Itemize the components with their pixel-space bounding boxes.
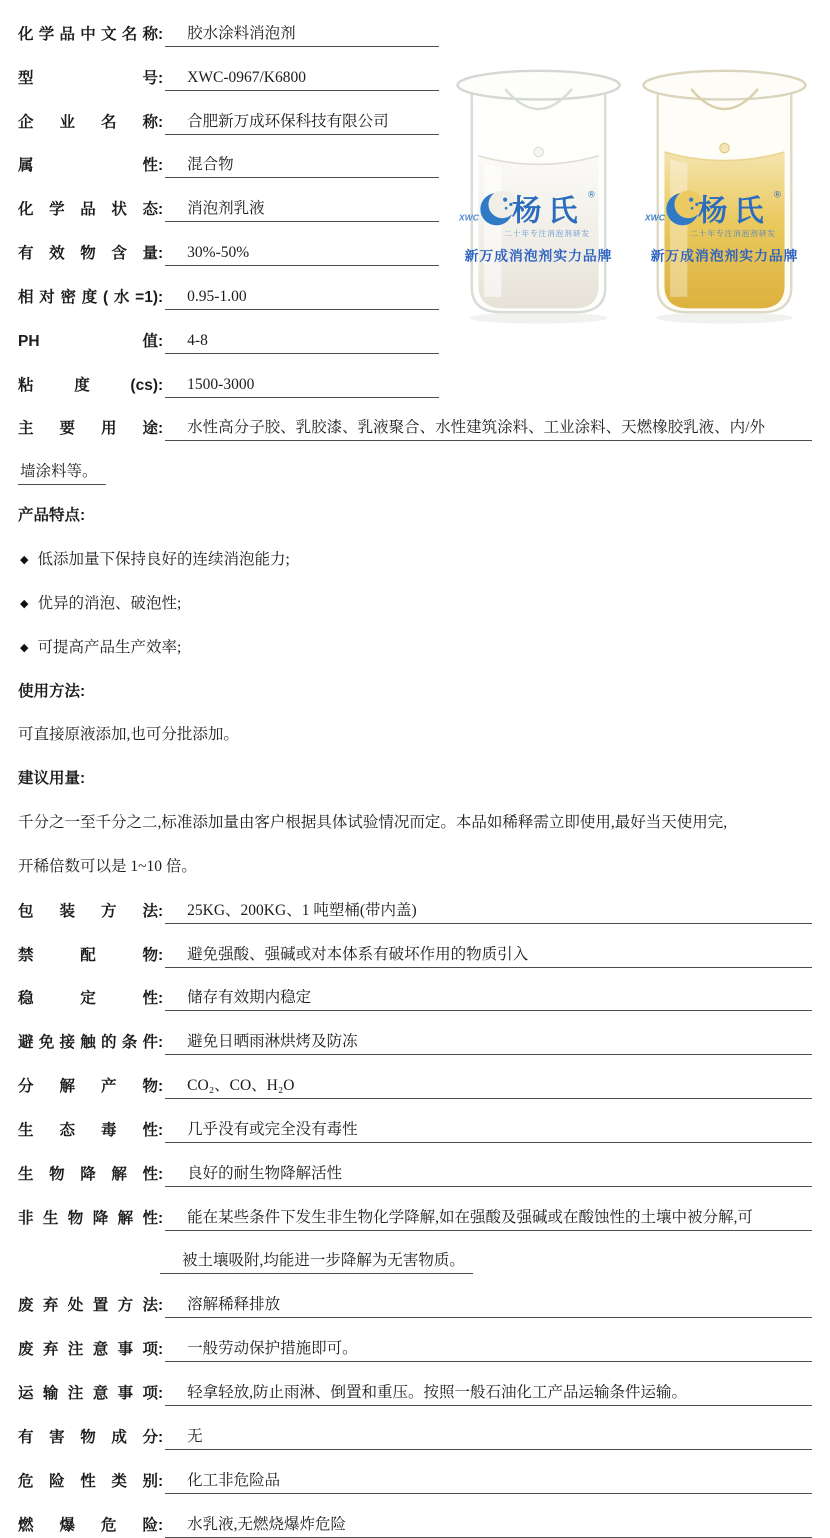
- feature-text: 优异的消泡、破泡性;: [37, 591, 181, 617]
- logo-dot: [691, 207, 694, 210]
- beaker-shadow: [656, 312, 793, 323]
- beaker-white: XWC 杨氏 ® 二十年专注消泡剂研发 新万成消泡剂实力品牌: [446, 50, 632, 334]
- product-spec-document: XWC 杨氏 ® 二十年专注消泡剂研发 新万成消泡剂实力品牌: [0, 0, 830, 1538]
- field-value: 胶水涂料消泡剂: [165, 21, 439, 47]
- field-row-hazard-class: 危险性类别: 化工非危险品: [18, 1450, 812, 1494]
- field-label: 化学品状态: [18, 197, 158, 222]
- field-label: 生物降解性: [18, 1162, 158, 1187]
- field-value: 能在某些条件下发生非生物化学降解,如在强酸及强碱或在酸蚀性的土壤中被分解,可: [165, 1205, 812, 1231]
- field-label: 主要用途: [18, 416, 158, 441]
- field-value: 储存有效期内稳定: [165, 985, 812, 1011]
- usage-text: 可直接原液添加,也可分批添加。: [18, 722, 239, 748]
- field-value: 一般劳动保护措施即可。: [165, 1336, 812, 1362]
- field-row-non-biodegradability: 非生物降解性: 能在某些条件下发生非生物化学降解,如在强酸及强碱或在酸蚀性的土壤…: [18, 1187, 812, 1231]
- label-colon: :: [158, 114, 165, 135]
- logo-dot: [503, 198, 507, 202]
- field-label: 燃爆危险: [18, 1513, 158, 1538]
- beaker-yellow: XWC 杨氏 ® 二十年专注消泡剂研发 新万成消泡剂实力品牌: [632, 50, 818, 334]
- label-colon: :: [158, 1341, 165, 1362]
- field-value: 良好的耐生物降解活性: [165, 1161, 812, 1187]
- field-label: 包装方法: [18, 899, 158, 924]
- label-colon: :: [158, 420, 165, 441]
- field-value-continuation: 被土壤吸附,均能进一步降解为无害物质。: [160, 1248, 473, 1274]
- dosage-text-line1: 千分之一至千分之二,标准添加量由客户根据具体试验情况而定。本品如稀释需立即使用,…: [18, 810, 727, 836]
- field-label: 分解产物: [18, 1074, 158, 1099]
- label-colon: :: [158, 333, 165, 354]
- label-colon: :: [158, 1122, 165, 1143]
- diamond-bullet-icon: ◆: [18, 553, 37, 573]
- field-row-disposal-precautions: 废弃注意事项: 一般劳动保护措施即可。: [18, 1318, 812, 1362]
- spout-drip: [720, 143, 730, 153]
- registered-mark: ®: [587, 191, 596, 201]
- field-value: CO₂、CO、H₂O: [165, 1073, 812, 1099]
- section-heading: 产品特点:: [18, 503, 85, 529]
- brand-tagline: 二十年专注消泡剂研发: [690, 228, 776, 238]
- glass-highlight: [670, 160, 687, 297]
- field-value: 水性高分子胶、乳胶漆、乳液聚合、水性建筑涂料、工业涂料、天燃橡胶乳液、内/外: [165, 415, 812, 441]
- field-value: XWC-0967/K6800: [165, 69, 439, 91]
- field-label: 有害物成分: [18, 1425, 158, 1450]
- field-label: 相对密度(水=1): [18, 285, 158, 310]
- field-label: 运输注意事项: [18, 1381, 158, 1406]
- field-label: 危险性类别: [18, 1469, 158, 1494]
- field-value: 无: [165, 1424, 812, 1450]
- diamond-bullet-icon: ◆: [18, 597, 37, 617]
- dosage-heading-row: 建议用量:: [18, 748, 812, 792]
- field-value: 避免日晒雨淋烘烤及防冻: [165, 1029, 812, 1055]
- label-colon: :: [158, 1078, 165, 1099]
- field-value: 消泡剂乳液: [165, 196, 439, 222]
- section-heading: 使用方法:: [18, 679, 85, 705]
- dosage-text-row: 开稀倍数可以是 1~10 倍。: [18, 836, 812, 880]
- label-colon: :: [158, 1473, 165, 1494]
- diamond-bullet-icon: ◆: [18, 641, 37, 661]
- brand-banner: 新万成消泡剂实力品牌: [651, 248, 799, 265]
- logo-dot: [505, 207, 508, 210]
- feature-item: ◆ 低添加量下保持良好的连续消泡能力;: [18, 529, 812, 573]
- field-value: 4-8: [165, 332, 439, 354]
- label-colon: :: [158, 1210, 165, 1231]
- label-colon: :: [158, 1297, 165, 1318]
- field-label: 废弃注意事项: [18, 1337, 158, 1362]
- beaker-rim: [457, 71, 619, 100]
- label-colon: :: [158, 1517, 165, 1538]
- field-label: 非生物降解性: [18, 1206, 158, 1231]
- feature-item: ◆ 优异的消泡、破泡性;: [18, 573, 812, 617]
- field-value: 0.95-1.00: [165, 288, 439, 310]
- field-row-harmful-ingredients: 有害物成分: 无: [18, 1406, 812, 1450]
- field-row-main-use-cont: 墙涂料等。: [18, 441, 812, 485]
- field-value: 水乳液,无燃烧爆炸危险: [165, 1512, 812, 1538]
- field-value: 合肥新万成环保科技有限公司: [165, 109, 439, 135]
- features-heading-row: 产品特点:: [18, 485, 812, 529]
- field-row-packing: 包装方法: 25KG、200KG、1 吨塑桶(带内盖): [18, 880, 812, 924]
- field-row-chemical-name: 化学品中文名称: 胶水涂料消泡剂: [18, 3, 812, 47]
- label-colon: :: [158, 245, 165, 266]
- usage-text-row: 可直接原液添加,也可分批添加。: [18, 705, 812, 749]
- field-row-main-use: 主要用途: 水性高分子胶、乳胶漆、乳液聚合、水性建筑涂料、工业涂料、天燃橡胶乳液…: [18, 398, 812, 442]
- field-label: PH值: [18, 329, 158, 354]
- field-label: 粘度(cs): [18, 373, 158, 398]
- spout-drip: [534, 147, 544, 157]
- logo-xwc-text: XWC: [644, 213, 666, 223]
- field-value: 25KG、200KG、1 吨塑桶(带内盖): [165, 898, 812, 924]
- field-label: 废弃处置方法: [18, 1293, 158, 1318]
- label-colon: :: [158, 157, 165, 178]
- field-value: 几乎没有或完全没有毒性: [165, 1117, 812, 1143]
- label-colon: :: [158, 26, 165, 47]
- field-row-decomposition-products: 分解产物: CO₂、CO、H₂O: [18, 1055, 812, 1099]
- label-colon: :: [158, 947, 165, 968]
- field-label: 企业名称: [18, 110, 158, 135]
- logo-dot: [689, 198, 693, 202]
- field-row-incompatibles: 禁配物: 避免强酸、强碱或对本体系有破坏作用的物质引入: [18, 924, 812, 968]
- label-colon: :: [158, 201, 165, 222]
- product-photo: XWC 杨氏 ® 二十年专注消泡剂研发 新万成消泡剂实力品牌: [446, 50, 818, 334]
- field-label: 禁配物: [18, 943, 158, 968]
- field-label: 稳定性: [18, 986, 158, 1011]
- brand-name: 杨氏: [512, 194, 584, 228]
- field-row-viscosity: 粘度(cs): 1500-3000: [18, 354, 812, 398]
- dosage-text-row: 千分之一至千分之二,标准添加量由客户根据具体试验情况而定。本品如稀释需立即使用,…: [18, 792, 812, 836]
- field-value: 30%-50%: [165, 244, 439, 266]
- label-colon: :: [158, 1166, 165, 1187]
- label-colon: :: [158, 990, 165, 1011]
- feature-text: 可提高产品生产效率;: [37, 635, 181, 661]
- field-label: 有效物含量: [18, 241, 158, 266]
- label-colon: :: [158, 1429, 165, 1450]
- beaker-rim: [643, 71, 805, 100]
- label-colon: :: [158, 289, 165, 310]
- brand-name: 杨氏: [698, 194, 770, 228]
- field-row-conditions-to-avoid: 避免接触的条件: 避免日晒雨淋烘烤及防冻: [18, 1011, 812, 1055]
- field-row-explosion-hazard: 燃爆危险: 水乳液,无燃烧爆炸危险: [18, 1494, 812, 1538]
- feature-item: ◆ 可提高产品生产效率;: [18, 617, 812, 661]
- field-value: 混合物: [165, 152, 439, 178]
- field-label: 避免接触的条件: [18, 1030, 158, 1055]
- dosage-text-line2: 开稀倍数可以是 1~10 倍。: [18, 854, 197, 880]
- field-label: 生态毒性: [18, 1118, 158, 1143]
- field-value: 溶解稀释排放: [165, 1292, 812, 1318]
- field-row-biodegradability: 生物降解性: 良好的耐生物降解活性: [18, 1143, 812, 1187]
- brand-banner: 新万成消泡剂实力品牌: [465, 248, 613, 265]
- field-label: 化学品中文名称: [18, 22, 158, 47]
- field-row-ecotoxicity: 生态毒性: 几乎没有或完全没有毒性: [18, 1099, 812, 1143]
- label-colon: :: [158, 70, 165, 91]
- glass-highlight: [484, 163, 501, 297]
- field-value: 轻拿轻放,防止雨淋、倒置和重压。按照一般石油化工产品运输条件运输。: [165, 1380, 812, 1406]
- field-row-non-biodegradability-cont: 被土壤吸附,均能进一步降解为无害物质。: [18, 1231, 812, 1275]
- brand-tagline: 二十年专注消泡剂研发: [504, 228, 590, 238]
- field-row-transport-precautions: 运输注意事项: 轻拿轻放,防止雨淋、倒置和重压。按照一般石油化工产品运输条件运输…: [18, 1362, 812, 1406]
- label-colon: :: [158, 903, 165, 924]
- usage-heading-row: 使用方法:: [18, 661, 812, 705]
- field-row-stability: 稳定性: 储存有效期内稳定: [18, 968, 812, 1012]
- field-label: 型号: [18, 66, 158, 91]
- field-value: 1500-3000: [165, 376, 439, 398]
- label-colon: :: [158, 377, 165, 398]
- logo-xwc-text: XWC: [458, 213, 480, 223]
- section-heading: 建议用量:: [18, 766, 85, 792]
- feature-text: 低添加量下保持良好的连续消泡能力;: [37, 547, 289, 573]
- registered-mark: ®: [773, 191, 782, 201]
- field-row-disposal-method: 废弃处置方法: 溶解稀释排放: [18, 1274, 812, 1318]
- label-colon: :: [158, 1385, 165, 1406]
- field-value: 避免强酸、强碱或对本体系有破坏作用的物质引入: [165, 942, 812, 968]
- field-value-continuation: 墙涂料等。: [18, 459, 106, 485]
- label-colon: :: [158, 1034, 165, 1055]
- field-label: 属性: [18, 153, 158, 178]
- beaker-shadow: [470, 312, 607, 323]
- field-value: 化工非危险品: [165, 1468, 812, 1494]
